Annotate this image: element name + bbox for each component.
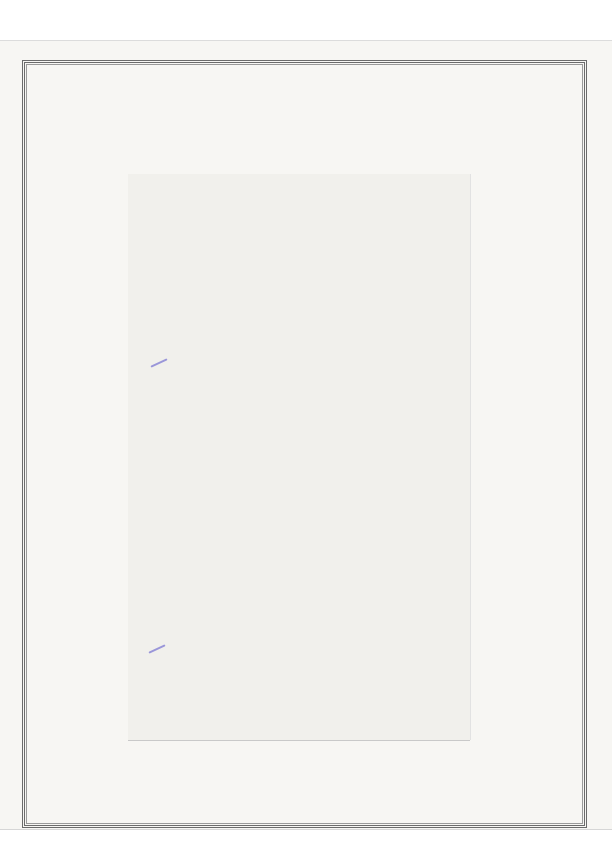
- book-page-clipping: [128, 174, 470, 740]
- bottom-piano-border: [30, 794, 580, 820]
- right-piano-border: [558, 96, 584, 790]
- top-piano-border: [30, 66, 580, 92]
- left-piano-border: [28, 96, 54, 790]
- body-text: [190, 244, 442, 278]
